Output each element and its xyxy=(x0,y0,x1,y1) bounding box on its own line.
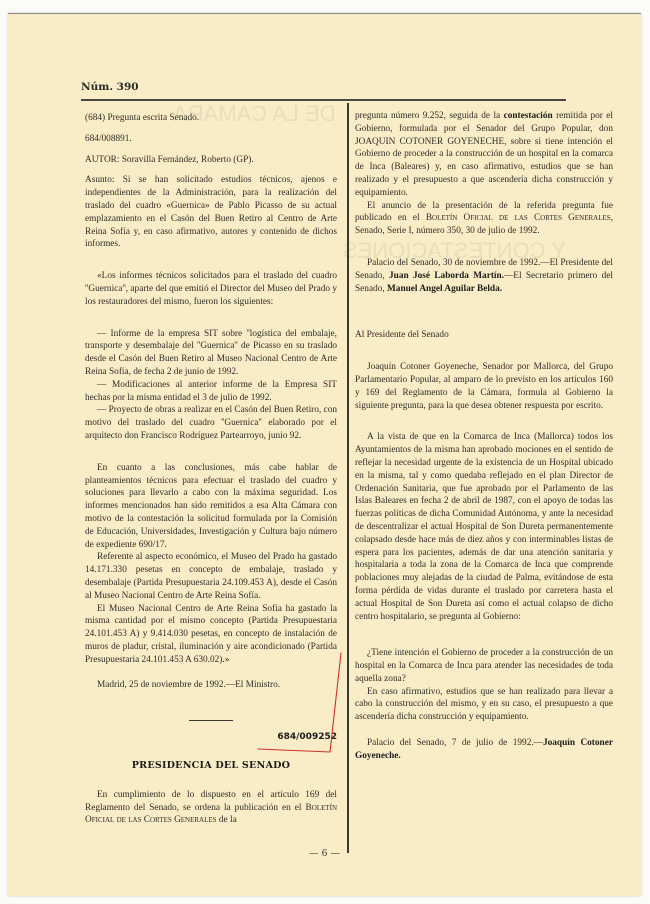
report-item: — Modificaciones al anterior informe de … xyxy=(85,379,337,405)
question-reference: 684/008891. xyxy=(85,133,337,146)
president-name: Juan José Laborda Martín. xyxy=(389,271,504,281)
bulletin-name: Boletín Oficial de las Cortes Generales xyxy=(426,213,611,223)
header-rule xyxy=(81,99,566,101)
publication-start: En cumplimiento de lo dispuesto en el ar… xyxy=(85,790,337,813)
question-paragraph: ¿Tiene intención el Gobierno de proceder… xyxy=(355,647,613,685)
intro-paragraph: Joaquín Cotoner Goyeneche, Senador por M… xyxy=(355,361,613,412)
report-item: — Proyecto de obras a realizar en el Cas… xyxy=(85,404,337,442)
left-column: (684) Pregunta escrita Senado. 684/00889… xyxy=(85,112,337,827)
question-author: AUTOR: Soravilla Fernández, Roberto (GP)… xyxy=(85,154,337,167)
continuation-text: remitida por el Gobierno, formulada por … xyxy=(355,111,613,198)
right-column: pregunta número 9.252, seguida de la con… xyxy=(355,110,613,763)
publication-tail: de la xyxy=(219,815,237,825)
answer-intro: «Los informes técnicos solicitados para … xyxy=(85,270,337,308)
minister-signature: Madrid, 25 de noviembre de 1992.—El Mini… xyxy=(85,679,337,692)
column-divider xyxy=(347,103,349,853)
publication-paragraph: En cumplimiento de lo dispuesto en el ar… xyxy=(85,789,337,827)
contestacion-bold: contestación xyxy=(504,111,553,121)
conclusions-paragraph: En cuanto a las conclusiones, más cabe h… xyxy=(85,462,337,552)
continuation-paragraph: pregunta número 9.252, seguida de la con… xyxy=(355,110,613,200)
economic-reina-sofia-paragraph: El Museo Nacional Centro de Arte Reina S… xyxy=(85,603,337,667)
document-page: DE LA CAMARA Y CONTESTACIONES Núm. 390 (… xyxy=(8,13,641,896)
question-title: (684) Pregunta escrita Senado. xyxy=(85,112,337,125)
continuation-text: pregunta número 9.252, seguida de la xyxy=(355,111,500,121)
section-title: PRESIDENCIA DEL SENADO xyxy=(85,760,337,773)
announcement-paragraph: El anuncio de la presentación de la refe… xyxy=(355,200,613,238)
report-item: — Informe de la empresa SIT sobre ''logí… xyxy=(85,328,337,379)
palace-signature-paragraph: Palacio del Senado, 30 de noviembre de 1… xyxy=(355,257,613,295)
followup-paragraph: En caso afirmativo, estudios que se han … xyxy=(355,686,613,724)
issue-number: Núm. 390 xyxy=(81,81,139,93)
closing-date: Palacio del Senado, 7 de julio de 1992.— xyxy=(367,738,543,748)
closing-signature: Palacio del Senado, 7 de julio de 1992.—… xyxy=(355,737,613,763)
page-number: — 6 — xyxy=(8,848,641,859)
next-reference: 684/009252 xyxy=(85,731,337,744)
economic-prado-paragraph: Referente al aspecto económico, el Museo… xyxy=(85,551,337,602)
secretary-name: Manuel Angel Aguilar Belda. xyxy=(387,284,502,294)
question-subject: Asunto: Si se han solicitado estudios té… xyxy=(85,174,337,251)
context-paragraph: A la vista de que en la Comarca de Inca … xyxy=(355,431,613,623)
addressee: Al Presidente del Senado xyxy=(355,329,613,342)
